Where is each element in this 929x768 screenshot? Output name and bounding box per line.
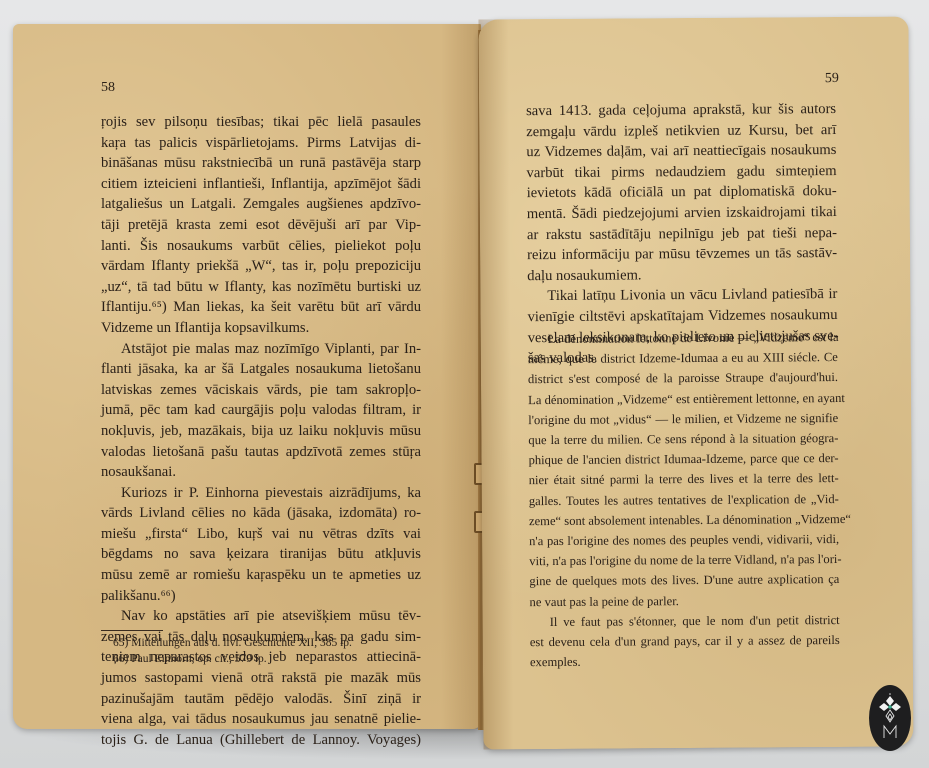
text-line: même, que le district Idzeme-Idumaa a eu… — [528, 347, 838, 369]
text-line: est devenu cela d'un grand pays, car il … — [530, 630, 840, 652]
text-line: reizu informāciju par mūsu tēvzemes un t… — [527, 243, 837, 266]
text-line: vārdam Iflanty priekšā „W“, tas ir, poļu… — [101, 256, 421, 277]
text-line: viti, n'a pas l'origine du nome de la te… — [529, 549, 839, 571]
text-line: miešu „firsta“ Libo, kuŗš vai nu vētras … — [101, 524, 421, 545]
text-line: ne vaut pas la peine de parler. — [529, 590, 839, 612]
text-line: Nav ko apstāties arī pie atsevišķiem mūs… — [101, 606, 421, 627]
text-line: zemgaļu vārdu izpleš netikvien uz Kursu,… — [526, 120, 836, 143]
footnote-66: 66) Paul Einhorn, op. cit., 579 lp. — [113, 651, 352, 667]
text-line: ŗojis sev pilsoņu tiesības; tikai pēc li… — [101, 112, 421, 133]
footnote-divider — [101, 630, 163, 631]
page-number-left: 58 — [101, 80, 115, 96]
french-summary: La dénomination lettonne de Livonie — „V… — [528, 327, 840, 673]
footnote-mark: 66) — [113, 653, 128, 665]
text-line: La dénomination lettonne de Livonie — „V… — [528, 327, 838, 349]
text-line: l'origine du mot „vidus“ — le milien, et… — [528, 408, 838, 430]
paragraph: Kuriozs ir P. Einhorna pievestais aizrād… — [101, 483, 421, 607]
text-line: bēgdams no sava ķeizara tiranijas būtu a… — [101, 544, 421, 565]
text-line: pazinušajām tautām pēdējo valodās. Šinī … — [101, 689, 421, 710]
text-line: nosaukšanai. — [101, 462, 421, 483]
text-line: latgaliešus un Latgali. Zemgales augšien… — [101, 194, 421, 215]
text-line: daļu nosaukumiem. — [527, 264, 837, 287]
text-line: tojis G. de Lanua (Ghillebert de Lannoy.… — [101, 730, 421, 751]
text-line: Atstājot pie malas maz nozīmīgo Viplanti… — [101, 339, 421, 360]
text-line: citiem izteicieni inflantieši, Inflantij… — [101, 174, 421, 195]
paragraph: Atstājot pie malas maz nozīmīgo Viplanti… — [101, 339, 421, 483]
footnote-65: 65) Mitteilungen aus d. livl. Geschichte… — [113, 635, 352, 651]
footnote-text: Mitteilungen aus d. livl. Geschichte XII… — [131, 637, 352, 649]
paragraph: sava 1413. gada ceļojuma aprakstā, kur š… — [526, 99, 837, 287]
text-line: tāji pretējā krasta zemi esot dēvējuši a… — [101, 215, 421, 236]
text-line: mentā. Šādi piedzejojumi arvien izskaidr… — [527, 202, 837, 225]
text-line: phique de l'ancien district Idumaa-Idzem… — [528, 448, 838, 470]
text-line: Il ve faut pas s'étonner, que le nom d'u… — [530, 610, 840, 632]
text-line: exemples. — [530, 650, 840, 672]
footnote-mark: 65) — [113, 637, 128, 649]
paragraph: Nav ko apstāties arī pie atsevišķiem mūs… — [101, 606, 421, 750]
right-page: 59 sava 1413. gada ceļojuma aprakstā, ku… — [478, 17, 913, 750]
text-line: nier était sitné parmi la terre des live… — [529, 468, 839, 490]
text-line: bināšanas mūsu rakstniecībā un runā past… — [101, 153, 421, 174]
text-line: varbūt tikai pirms nedaudziem gadu simte… — [526, 161, 836, 184]
text-line: n'a pas l'origine des nomes des peuples … — [529, 529, 839, 551]
text-line: jumā, pēc tam kad caurgājis poļu valodas… — [101, 400, 421, 421]
text-line: palikšanu.⁶⁶) — [101, 586, 421, 607]
text-line: zeme“ sont absolement intenables. La dén… — [529, 509, 839, 531]
watermark-logo — [869, 685, 911, 751]
text-line: nokļuvis, jeb, mazākais, bija uz laiku n… — [101, 421, 421, 442]
text-line: Iflantiju.⁶⁵) Man liekas, ka šeit varētu… — [101, 297, 421, 318]
text-line: mūsu zemē ar romiešu kaŗaspēku un te apm… — [101, 565, 421, 586]
paragraph: ŗojis sev pilsoņu tiesības; tikai pēc li… — [101, 112, 421, 339]
text-line: uz Vidzemes daļām, vai arī neattiecīgais… — [526, 140, 836, 163]
text-line: „uz“, tā tad būtu w Iflanty, kas nozīmēt… — [101, 277, 421, 298]
text-line: valodas lietošanā pašu tautas apdzīvotā … — [101, 442, 421, 463]
text-line: que la terre du milien. Ce sens répond à… — [528, 428, 838, 450]
text-line: La dénomination „Vidzeme“ est entièremen… — [528, 388, 838, 410]
text-line: galles. Toutes les autres tentatives de … — [529, 489, 839, 511]
paragraph: La dénomination lettonne de Livonie — „V… — [528, 327, 840, 612]
text-line: flanti jāsaka, ka ar šā Latgales nosauku… — [101, 359, 421, 380]
text-line: Tikai latīņu Livonia un vācu Livland pat… — [527, 284, 837, 307]
text-line: jumos sastopami vienā otrā rakstā pie ma… — [101, 668, 421, 689]
footnote-text: Paul Einhorn, op. cit., 579 lp. — [131, 653, 266, 665]
text-line: viena alga, vai tādus nosaukumus jau sen… — [101, 709, 421, 730]
text-line: lanti. Šis nosaukums varbūt cēlies, piel… — [101, 236, 421, 257]
text-line: ar rakstu sastādītāju nepilnīgu jeb pat … — [527, 223, 837, 246]
text-line: ievietots kādā oficiālā un pat diplomati… — [527, 181, 837, 204]
text-line: vienīgie ciltstēvi apskatītajam Vidzemes… — [527, 305, 837, 328]
page-number-right: 59 — [825, 71, 839, 87]
text-line: district s'est composé de la paroisse St… — [528, 367, 838, 389]
text-line: kaŗa tas palicis vispārlietojams. Pirms … — [101, 133, 421, 154]
text-line: latviskas zemes vāciskais vārds, pie tam… — [101, 380, 421, 401]
text-line: sava 1413. gada ceļojuma aprakstā, kur š… — [526, 99, 836, 122]
text-line: vārds Livland cēlies no kāda (jāsaka, iz… — [101, 503, 421, 524]
folk-ornament-m-icon — [875, 692, 905, 744]
left-page: 58 ŗojis sev pilsoņu tiesības; tikai pēc… — [13, 24, 481, 729]
text-line: Kuriozs ir P. Einhorna pievestais aizrād… — [101, 483, 421, 504]
paragraph: Il ve faut pas s'étonner, que le nom d'u… — [530, 610, 840, 673]
text-line: Vidzeme un Iflantija kopsavilkums. — [101, 318, 421, 339]
text-line: gine de quelques mots des lives. D'une a… — [529, 569, 839, 591]
footnotes: 65) Mitteilungen aus d. livl. Geschichte… — [113, 635, 352, 667]
